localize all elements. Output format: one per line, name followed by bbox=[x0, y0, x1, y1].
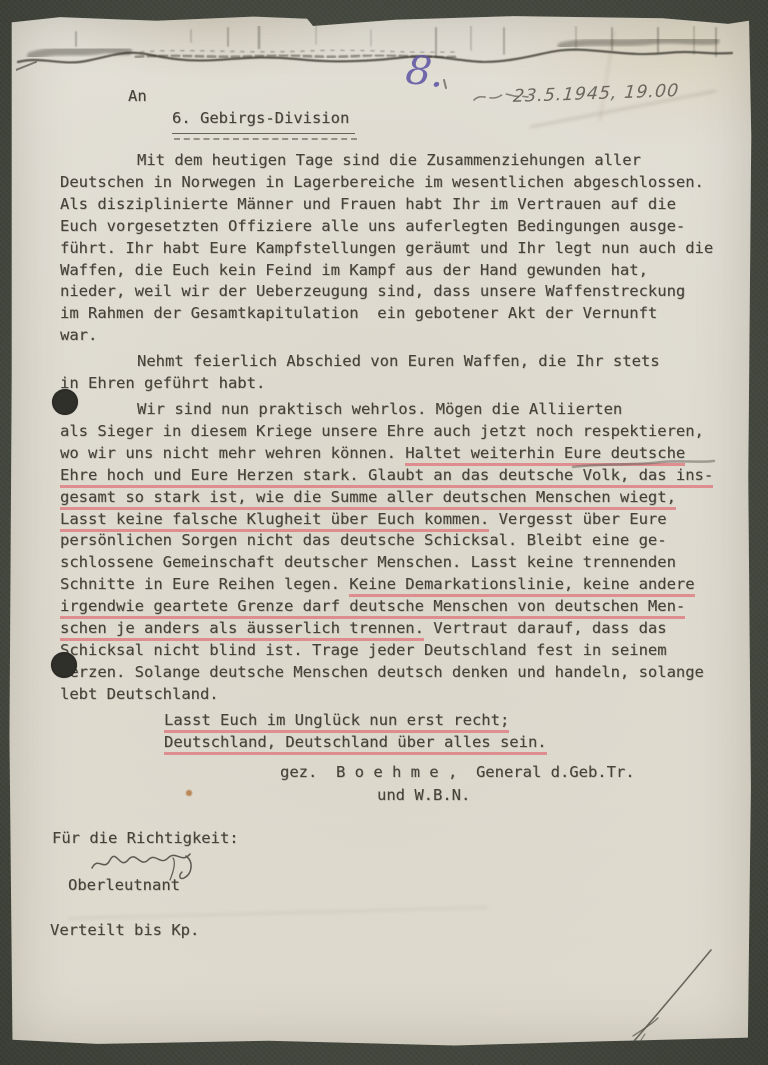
text-line: Schicksal nicht blind ist. Trage jeder D… bbox=[60, 640, 713, 662]
paragraph: Nehmt feierlich Abschied von Euren Waffe… bbox=[60, 351, 713, 395]
text-line: schlossene Gemeinschaft deutscher Mensch… bbox=[60, 552, 713, 574]
red-underlined-text: Keine Demarkationslinie, keine andere bbox=[349, 575, 694, 597]
certification-label: Für die Richtigkeit: bbox=[52, 828, 239, 850]
text-segment: nieder, weil wir der Ueberzeugung sind, … bbox=[60, 282, 685, 300]
paragraph: Mit dem heutigen Tage sind die Zusammenz… bbox=[60, 150, 713, 347]
text-line: Wir sind nun praktisch wehrlos. Mögen di… bbox=[60, 399, 713, 421]
text-line: lebt Deutschland. bbox=[60, 684, 713, 706]
paragraph: Lasst Euch im Unglück nun erst recht;Deu… bbox=[60, 710, 713, 754]
text-line: Euch vorgesetzten Offiziere alle uns auf… bbox=[60, 216, 713, 238]
text-line: in Ehren geführt habt. bbox=[60, 373, 713, 395]
text-line: führt. Ihr habt Eure Kampfstellungen ger… bbox=[60, 238, 713, 260]
red-underlined-text: Lasst keine falsche Klugheit über Euch k… bbox=[60, 510, 489, 532]
text-line: nieder, weil wir der Ueberzeugung sind, … bbox=[60, 281, 713, 303]
text-segment: führt. Ihr habt Eure Kampfstellungen ger… bbox=[60, 239, 713, 257]
text-line: persönlichen Sorgen nicht das deutsche S… bbox=[60, 530, 713, 552]
text-line: gesamt so stark ist, wie die Summe aller… bbox=[60, 487, 713, 509]
red-underlined-text: Lasst Euch im Unglück nun erst recht; bbox=[164, 711, 509, 733]
division-heading-text: 6. Gebirgs-Division bbox=[172, 108, 355, 134]
text-line: Herzen. Solange deutsche Menschen deutsc… bbox=[60, 662, 713, 684]
text-segment: Mit dem heutigen Tage sind die Zusammenz… bbox=[137, 151, 641, 169]
text-line: Schnitte in Eure Reihen legen. Keine Dem… bbox=[60, 574, 713, 596]
text-segment: in Ehren geführt habt. bbox=[60, 374, 265, 392]
text-line: im Rahmen der Gesamtkapitulation ein geb… bbox=[60, 303, 713, 325]
addressee-label: An bbox=[128, 86, 147, 108]
hole-punch-bottom bbox=[51, 652, 77, 678]
text-segment: Herzen. Solange deutsche Menschen deutsc… bbox=[60, 663, 704, 681]
red-underlined-text: Haltet weiterhin Eure deutsche bbox=[405, 444, 685, 466]
text-line: Ehre hoch und Eure Herzen stark. Glaubt … bbox=[60, 465, 713, 487]
handwritten-page-number: 8. bbox=[404, 50, 447, 94]
text-line: Lasst keine falsche Klugheit über Euch k… bbox=[60, 509, 713, 531]
text-segment: Wir sind nun praktisch wehrlos. Mögen di… bbox=[137, 400, 622, 418]
text-line: war. bbox=[60, 325, 713, 347]
red-underlined-text: irgendwie geartete Grenze darf deutsche … bbox=[60, 597, 685, 619]
handwritten-date: 23.5.1945, 19.00 bbox=[512, 81, 680, 107]
text-line: schen je anders als äusserlich trennen. … bbox=[60, 618, 713, 640]
text-segment: im Rahmen der Gesamtkapitulation ein geb… bbox=[60, 304, 657, 322]
red-underlined-text: Deutschland, Deutschland über alles sein… bbox=[164, 733, 547, 755]
letter-paragraphs: Mit dem heutigen Tage sind die Zusammenz… bbox=[60, 150, 713, 757]
paragraph: Wir sind nun praktisch wehrlos. Mögen di… bbox=[60, 399, 713, 706]
text-segment: schlossene Gemeinschaft deutscher Mensch… bbox=[60, 553, 676, 571]
text-segment: als Sieger in diesem Kriege unsere Ehre … bbox=[60, 422, 704, 440]
text-line: Deutschen in Norwegen in Lagerbereiche i… bbox=[60, 172, 713, 194]
text-segment: Vergesst über Eure bbox=[489, 510, 666, 528]
text-segment: Vertraut darauf, dass das bbox=[424, 619, 667, 637]
distribution-note: Verteilt bis Kp. bbox=[50, 920, 199, 942]
text-line: Nehmt feierlich Abschied von Euren Waffe… bbox=[60, 351, 713, 373]
text-segment: Euch vorgesetzten Offiziere alle uns auf… bbox=[60, 217, 685, 235]
signature-line: gez. B o e h m e , General d.Geb.Tr. bbox=[280, 762, 635, 784]
text-segment: persönlichen Sorgen nicht das deutsche S… bbox=[60, 531, 667, 549]
hole-punch-top bbox=[52, 389, 78, 415]
text-segment: war. bbox=[60, 326, 97, 344]
text-segment: Als disziplinierte Männer und Frauen hab… bbox=[60, 195, 676, 213]
text-segment: Deutschen in Norwegen in Lagerbereiche i… bbox=[60, 173, 704, 191]
text-segment: lebt Deutschland. bbox=[60, 685, 219, 703]
text-line: Deutschland, Deutschland über alles sein… bbox=[60, 732, 713, 754]
paper-crease bbox=[599, 30, 615, 121]
red-underlined-text: Ehre hoch und Eure Herzen stark. Glaubt … bbox=[60, 466, 713, 488]
text-segment: Schicksal nicht blind ist. Trage jeder D… bbox=[60, 641, 667, 659]
pencil-stroke-bottom-right bbox=[603, 940, 733, 1052]
text-segment: Waffen, die Euch kein Feind im Kampf aus… bbox=[60, 261, 648, 279]
text-line: Waffen, die Euch kein Feind im Kampf aus… bbox=[60, 260, 713, 282]
text-segment: Nehmt feierlich Abschied von Euren Waffe… bbox=[137, 352, 660, 370]
photo-backdrop: { "letter": { "addressee": "An", "headin… bbox=[0, 0, 768, 1065]
text-line: Mit dem heutigen Tage sind die Zusammenz… bbox=[60, 150, 713, 172]
red-underlined-text: schen je anders als äusserlich trennen. bbox=[60, 619, 424, 641]
smudged-header-artifact bbox=[16, 26, 740, 80]
text-line: irgendwie geartete Grenze darf deutsche … bbox=[60, 596, 713, 618]
text-line: Als disziplinierte Männer und Frauen hab… bbox=[60, 194, 713, 216]
text-segment: wo wir uns nicht mehr wehren können. bbox=[60, 444, 405, 462]
document-page: An 6. Gebirgs-Division 8. 23.5.1945, 19.… bbox=[8, 12, 752, 1047]
division-heading: 6. Gebirgs-Division bbox=[172, 108, 355, 134]
text-line: wo wir uns nicht mehr wehren können. Hal… bbox=[60, 443, 713, 465]
text-line: Lasst Euch im Unglück nun erst recht; bbox=[60, 710, 713, 732]
text-segment: Schnitte in Eure Reihen legen. bbox=[60, 575, 349, 593]
signature-line-2: und W.B.N. bbox=[377, 785, 470, 807]
paper-crease bbox=[68, 907, 488, 920]
red-underlined-text: gesamt so stark ist, wie die Summe aller… bbox=[60, 488, 676, 510]
text-line: als Sieger in diesem Kriege unsere Ehre … bbox=[60, 421, 713, 443]
rank-label: Oberleutnant bbox=[68, 875, 180, 897]
